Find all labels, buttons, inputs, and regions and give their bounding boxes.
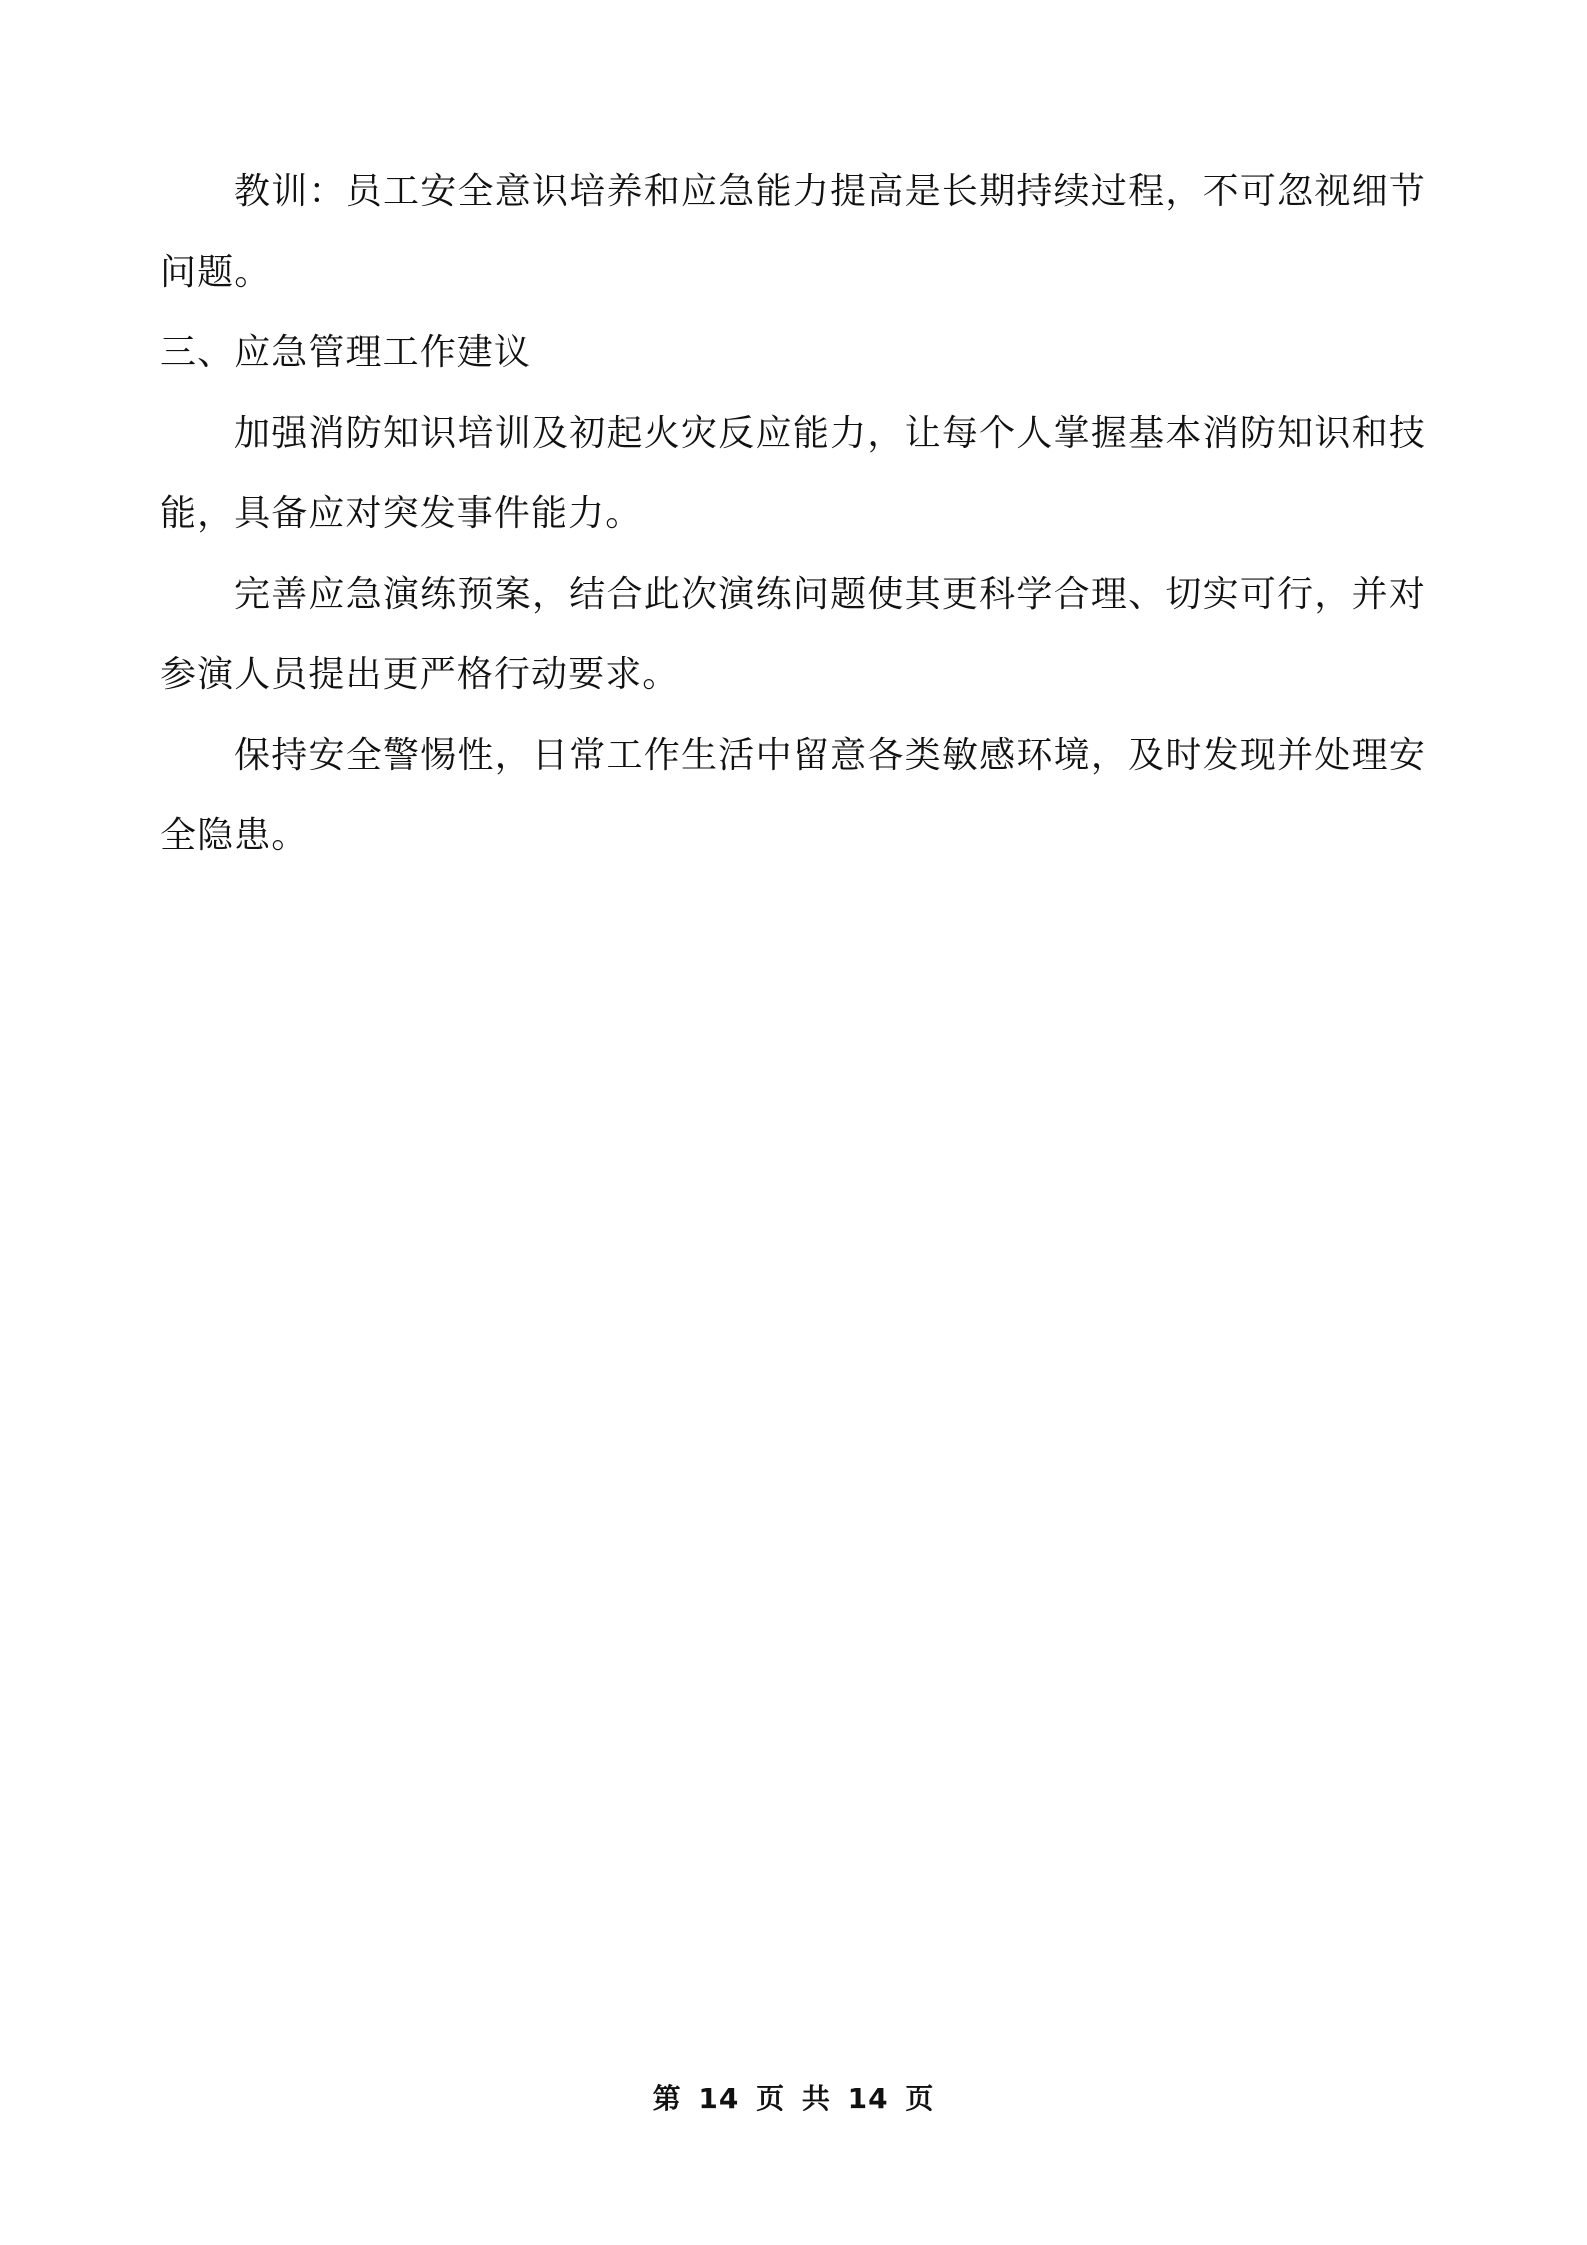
lesson-paragraph: 教训：员工安全意识培养和应急能力提高是长期持续过程，不可忽视细节问题。 — [160, 152, 1426, 313]
suggestion-paragraph-vigilance: 保持安全警惕性，日常工作生活中留意各类敏感环境，及时发现并处理安全隐患。 — [160, 716, 1426, 877]
document-page: 教训：员工安全意识培养和应急能力提高是长期持续过程，不可忽视细节问题。 三、应急… — [0, 0, 1587, 2245]
suggestion-paragraph-drill-plan: 完善应急演练预案，结合此次演练问题使其更科学合理、切实可行，并对参演人员提出更严… — [160, 555, 1426, 716]
section-heading: 三、应急管理工作建议 — [160, 313, 1426, 394]
page-content: 教训：员工安全意识培养和应急能力提高是长期持续过程，不可忽视细节问题。 三、应急… — [160, 152, 1426, 877]
suggestion-paragraph-fire-training: 加强消防知识培训及初起火灾反应能力，让每个人掌握基本消防知识和技能，具备应对突发… — [160, 394, 1426, 555]
page-number-footer: 第 14 页 共 14 页 — [0, 2077, 1587, 2117]
